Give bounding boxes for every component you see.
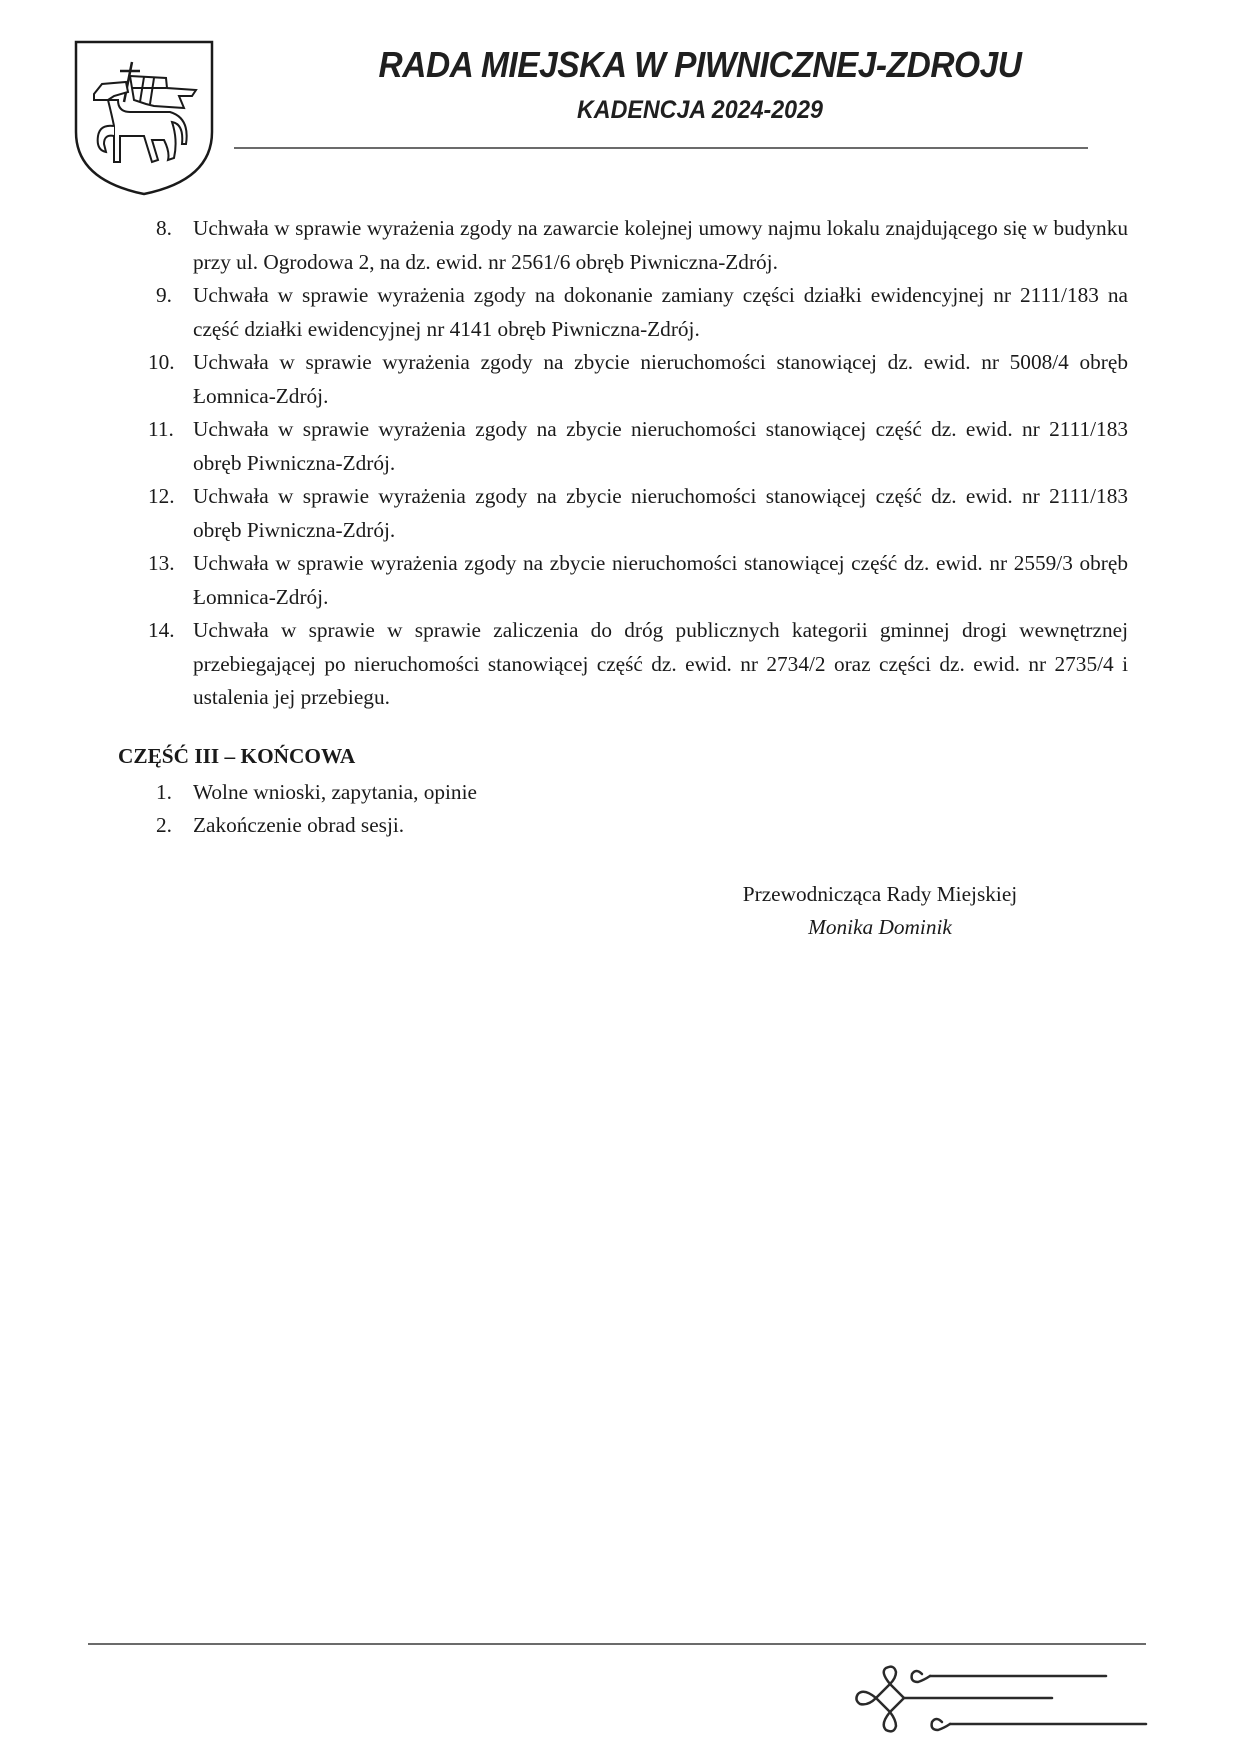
- section-heading: CZĘŚĆ III – KOŃCOWA: [118, 744, 355, 769]
- item-number: 13.: [148, 547, 175, 581]
- signatory-name: Monika Dominik: [690, 911, 1070, 944]
- final-section-list: 1.Wolne wnioski, zapytania, opinie 2.Zak…: [148, 776, 477, 842]
- agenda-item: 10.Uchwała w sprawie wyrażenia zgody na …: [148, 346, 1128, 413]
- signature-block: Przewodnicząca Rady Miejskiej Monika Dom…: [690, 878, 1070, 944]
- item-text: Uchwała w sprawie wyrażenia zgody na zby…: [193, 346, 1128, 413]
- item-number: 14.: [148, 614, 175, 648]
- agenda-item: 14.Uchwała w sprawie w sprawie zaliczeni…: [148, 614, 1128, 715]
- item-text: Uchwała w sprawie wyrażenia zgody na zby…: [193, 480, 1128, 547]
- item-text: Uchwała w sprawie wyrażenia zgody na zaw…: [193, 212, 1128, 279]
- footer-divider: [88, 1643, 1146, 1645]
- item-number: 1.: [156, 776, 172, 809]
- final-item: 1.Wolne wnioski, zapytania, opinie: [148, 776, 477, 809]
- decorative-ornament-icon: [850, 1660, 1150, 1740]
- item-number: 12.: [148, 480, 175, 514]
- final-item: 2.Zakończenie obrad sesji.: [148, 809, 477, 842]
- item-number: 8.: [156, 212, 172, 246]
- signatory-role: Przewodnicząca Rady Miejskiej: [690, 878, 1070, 911]
- item-text: Uchwała w sprawie w sprawie zaliczenia d…: [193, 614, 1128, 715]
- agenda-item: 8.Uchwała w sprawie wyrażenia zgody na z…: [148, 212, 1128, 279]
- agenda-list: 8.Uchwała w sprawie wyrażenia zgody na z…: [148, 212, 1128, 715]
- coat-of-arms-icon: [74, 40, 214, 196]
- item-text: Uchwała w sprawie wyrażenia zgody na dok…: [193, 279, 1128, 346]
- item-number: 10.: [148, 346, 175, 380]
- agenda-item: 13.Uchwała w sprawie wyrażenia zgody na …: [148, 547, 1128, 614]
- agenda-item: 11.Uchwała w sprawie wyrażenia zgody na …: [148, 413, 1128, 480]
- item-text: Zakończenie obrad sesji.: [193, 813, 404, 837]
- council-title: RADA MIEJSKA W PIWNICZNEJ-ZDROJU: [328, 44, 1072, 86]
- term-subtitle: KADENCJA 2024-2029: [328, 96, 1072, 125]
- item-text: Wolne wnioski, zapytania, opinie: [193, 780, 477, 804]
- agenda-item: 9.Uchwała w sprawie wyrażenia zgody na d…: [148, 279, 1128, 346]
- item-text: Uchwała w sprawie wyrażenia zgody na zby…: [193, 413, 1128, 480]
- item-number: 11.: [148, 413, 174, 447]
- document-page: RADA MIEJSKA W PIWNICZNEJ-ZDROJU KADENCJ…: [0, 0, 1240, 1754]
- item-text: Uchwała w sprawie wyrażenia zgody na zby…: [193, 547, 1128, 614]
- item-number: 2.: [156, 809, 172, 842]
- agenda-item: 12.Uchwała w sprawie wyrażenia zgody na …: [148, 480, 1128, 547]
- header-divider: [234, 147, 1088, 149]
- item-number: 9.: [156, 279, 172, 313]
